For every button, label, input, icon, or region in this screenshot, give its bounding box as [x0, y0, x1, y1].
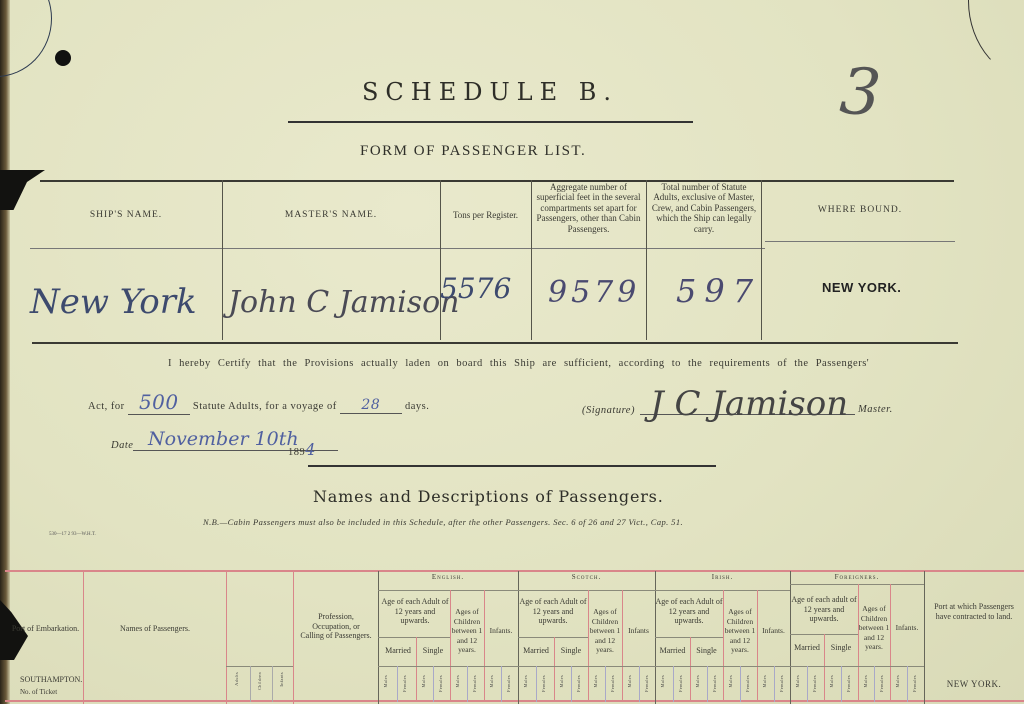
schedule-title: SCHEDULE B. [300, 78, 680, 106]
column-divider [890, 584, 891, 702]
page-binding-edge [0, 0, 10, 704]
ticket-number-label: No. of Ticket [20, 688, 83, 698]
males-label: Males [795, 675, 800, 688]
passengers-section-title: Names and Descriptions of Passengers. [313, 487, 664, 506]
ships-name-header: SHIP'S NAME. [30, 195, 222, 235]
column-divider [707, 666, 708, 702]
children-label: Children [257, 672, 262, 690]
foreigners-single-header: Single [824, 643, 858, 653]
superficial-feet-header: Aggregate number of superficial feet in … [531, 182, 646, 234]
divider [308, 465, 716, 467]
divider [765, 241, 955, 242]
column-divider [433, 666, 434, 702]
ship-name-value: New York [30, 282, 197, 322]
column-divider [536, 666, 537, 702]
tons-header: Tons per Register. [440, 195, 531, 235]
column-divider [397, 666, 398, 702]
statute-adults-value: 597 [676, 272, 761, 310]
date-value: November 10th [148, 428, 299, 450]
column-divider [774, 666, 775, 702]
females-label: Females [506, 675, 511, 692]
females-label: Females [879, 675, 884, 692]
males-label: Males [660, 675, 665, 688]
nationality-english-header: English. [378, 573, 518, 581]
column-divider [790, 571, 791, 704]
females-label: Females [812, 675, 817, 692]
females-label: Females [438, 675, 443, 692]
port-of-embarkation-value: SOUTHAMPTON. [20, 675, 83, 685]
males-label: Males [593, 675, 598, 688]
divider [32, 342, 958, 344]
scotch-infants-header: Infants [622, 626, 655, 636]
males-label: Males [455, 675, 460, 688]
column-divider [924, 571, 925, 704]
tons-value: 5576 [440, 272, 511, 305]
foreigners-children-age-header: Ages of Children between 1 and 12 years. [858, 604, 890, 652]
column-divider [293, 571, 294, 704]
column-divider [907, 666, 908, 702]
document-page: SCHEDULE B. 3 FORM OF PASSENGER LIST. SH… [0, 0, 1024, 704]
date-label: Date [111, 440, 133, 451]
where-bound-header: WHERE BOUND. [765, 190, 955, 230]
column-divider [605, 666, 606, 702]
foreigners-adult-age-header: Age of each adult of 12 years and upward… [790, 595, 858, 624]
males-label: Males [863, 675, 868, 688]
english-infants-header: Infants. [484, 626, 518, 636]
statute-adults-label: Statute Adults, for a voyage of [193, 401, 337, 412]
english-single-header: Single [416, 646, 450, 656]
males-label: Males [421, 675, 426, 688]
column-divider [83, 571, 84, 704]
females-label: Females [541, 675, 546, 692]
voyage-days-value: 28 [340, 397, 402, 414]
master-label: Master. [858, 404, 893, 415]
port-of-embarkation-header: Port of Embarkation. [8, 624, 83, 634]
infants-label: Infants [279, 672, 284, 687]
signature-label: (Signature) [582, 405, 635, 416]
column-divider [501, 666, 502, 702]
males-label: Males [728, 675, 733, 688]
nationality-irish-header: Irish. [655, 573, 790, 581]
females-label: Females [779, 675, 784, 692]
punch-hole [55, 50, 71, 66]
table-bottom-rule [5, 700, 1024, 702]
irish-infants-header: Infants. [757, 626, 790, 636]
nationality-foreigners-header: Foreigners. [790, 573, 924, 581]
males-label: Males [627, 675, 632, 688]
column-divider [467, 666, 468, 702]
divider [378, 590, 518, 591]
pencil-arc-mark [968, 0, 1024, 82]
column-divider [622, 590, 623, 702]
cabin-passengers-note: N.B.—Cabin Passengers must also be inclu… [203, 517, 683, 527]
divider [288, 121, 693, 123]
irish-children-age-header: Ages of Children between 1 and 12 years. [723, 607, 757, 655]
males-label: Males [695, 675, 700, 688]
females-label: Females [712, 675, 717, 692]
females-label: Females [678, 675, 683, 692]
port-of-landing-header: Port at which Passengers have contracted… [928, 602, 1020, 621]
column-divider [874, 666, 875, 702]
english-adult-age-header: Age of each Adult of 12 years and upward… [380, 597, 450, 626]
divider [30, 248, 765, 249]
males-label: Males [762, 675, 767, 688]
scotch-adult-age-header: Age of each Adult of 12 years and upward… [518, 597, 588, 626]
pencil-arc-mark [0, 0, 52, 77]
males-label: Males [829, 675, 834, 688]
page-number: 3 [837, 55, 883, 132]
statute-adults-header: Total number of Statute Adults, exclusiv… [648, 182, 760, 234]
profession-header: Profession, Occupation, or Calling of Pa… [300, 612, 372, 641]
females-label: Females [846, 675, 851, 692]
males-label: Males [523, 675, 528, 688]
certification-text: I hereby Certify that the Provisions act… [168, 358, 869, 369]
masters-name-header: MASTER'S NAME. [222, 195, 440, 235]
column-divider [673, 666, 674, 702]
master-name-value: John C Jamison [228, 285, 460, 320]
signature-value: J C Jamison [650, 384, 848, 424]
divider [790, 666, 924, 667]
port-of-landing-value: NEW YORK. [928, 680, 1020, 690]
column-divider [740, 666, 741, 702]
divider [40, 180, 954, 182]
where-bound-value: NEW YORK. [822, 280, 901, 295]
foreigners-infants-header: Infants. [890, 623, 924, 633]
column-divider [272, 666, 273, 702]
year-label: 1894 [288, 440, 316, 459]
divider [655, 637, 723, 638]
form-subtitle: FORM OF PASSENGER LIST. [360, 143, 586, 160]
column-divider [761, 180, 762, 340]
column-divider [807, 666, 808, 702]
adults-count-value: 500 [128, 390, 190, 415]
column-divider [484, 590, 485, 702]
column-divider [571, 666, 572, 702]
irish-adult-age-header: Age of each Adult of 12 years and upward… [655, 597, 723, 626]
females-label: Females [912, 675, 917, 692]
females-label: Females [402, 675, 407, 692]
table-top-rule [5, 570, 1024, 572]
females-label: Females [644, 675, 649, 692]
females-label: Females [472, 675, 477, 692]
column-divider [723, 590, 724, 702]
females-label: Females [610, 675, 615, 692]
males-label: Males [489, 675, 494, 688]
divider [518, 590, 655, 591]
divider [655, 666, 790, 667]
females-label: Females [576, 675, 581, 692]
column-divider [757, 590, 758, 702]
males-label: Males [895, 675, 900, 688]
divider [378, 637, 450, 638]
superficial-feet-value: 9579 [548, 275, 640, 310]
males-label: Males [559, 675, 564, 688]
scotch-children-age-header: Ages of Children between 1 and 12 years. [588, 607, 622, 655]
divider [518, 666, 655, 667]
year-prefix: 189 [288, 447, 305, 458]
column-divider [226, 571, 227, 704]
scotch-married-header: Married [518, 646, 554, 656]
divider [790, 584, 924, 585]
nationality-scotch-header: Scotch. [518, 573, 655, 581]
english-married-header: Married [380, 646, 416, 656]
irish-single-header: Single [690, 646, 723, 656]
divider [226, 666, 293, 667]
certification-line2: Act, for 500 Statute Adults, for a voyag… [88, 390, 429, 415]
days-label: days. [405, 401, 429, 412]
english-children-age-header: Ages of Children between 1 and 12 years. [450, 607, 484, 655]
irish-married-header: Married [655, 646, 690, 656]
column-divider [858, 584, 859, 702]
column-divider [639, 666, 640, 702]
divider [518, 637, 588, 638]
column-divider [646, 180, 647, 340]
males-label: Males [383, 675, 388, 688]
act-for-label: Act, for [88, 401, 125, 412]
adults-label: Adults [234, 672, 239, 686]
column-divider [450, 590, 451, 702]
column-divider [841, 666, 842, 702]
foreigners-married-header: Married [790, 643, 824, 653]
divider [378, 666, 518, 667]
column-divider [588, 590, 589, 702]
passenger-names-header: Names of Passengers. [110, 624, 200, 634]
scotch-single-header: Single [554, 646, 588, 656]
print-code: 530—17 2 93—W.H.T. [49, 532, 96, 537]
year-handwritten: 4 [305, 440, 316, 459]
females-label: Females [745, 675, 750, 692]
column-divider [250, 666, 251, 702]
